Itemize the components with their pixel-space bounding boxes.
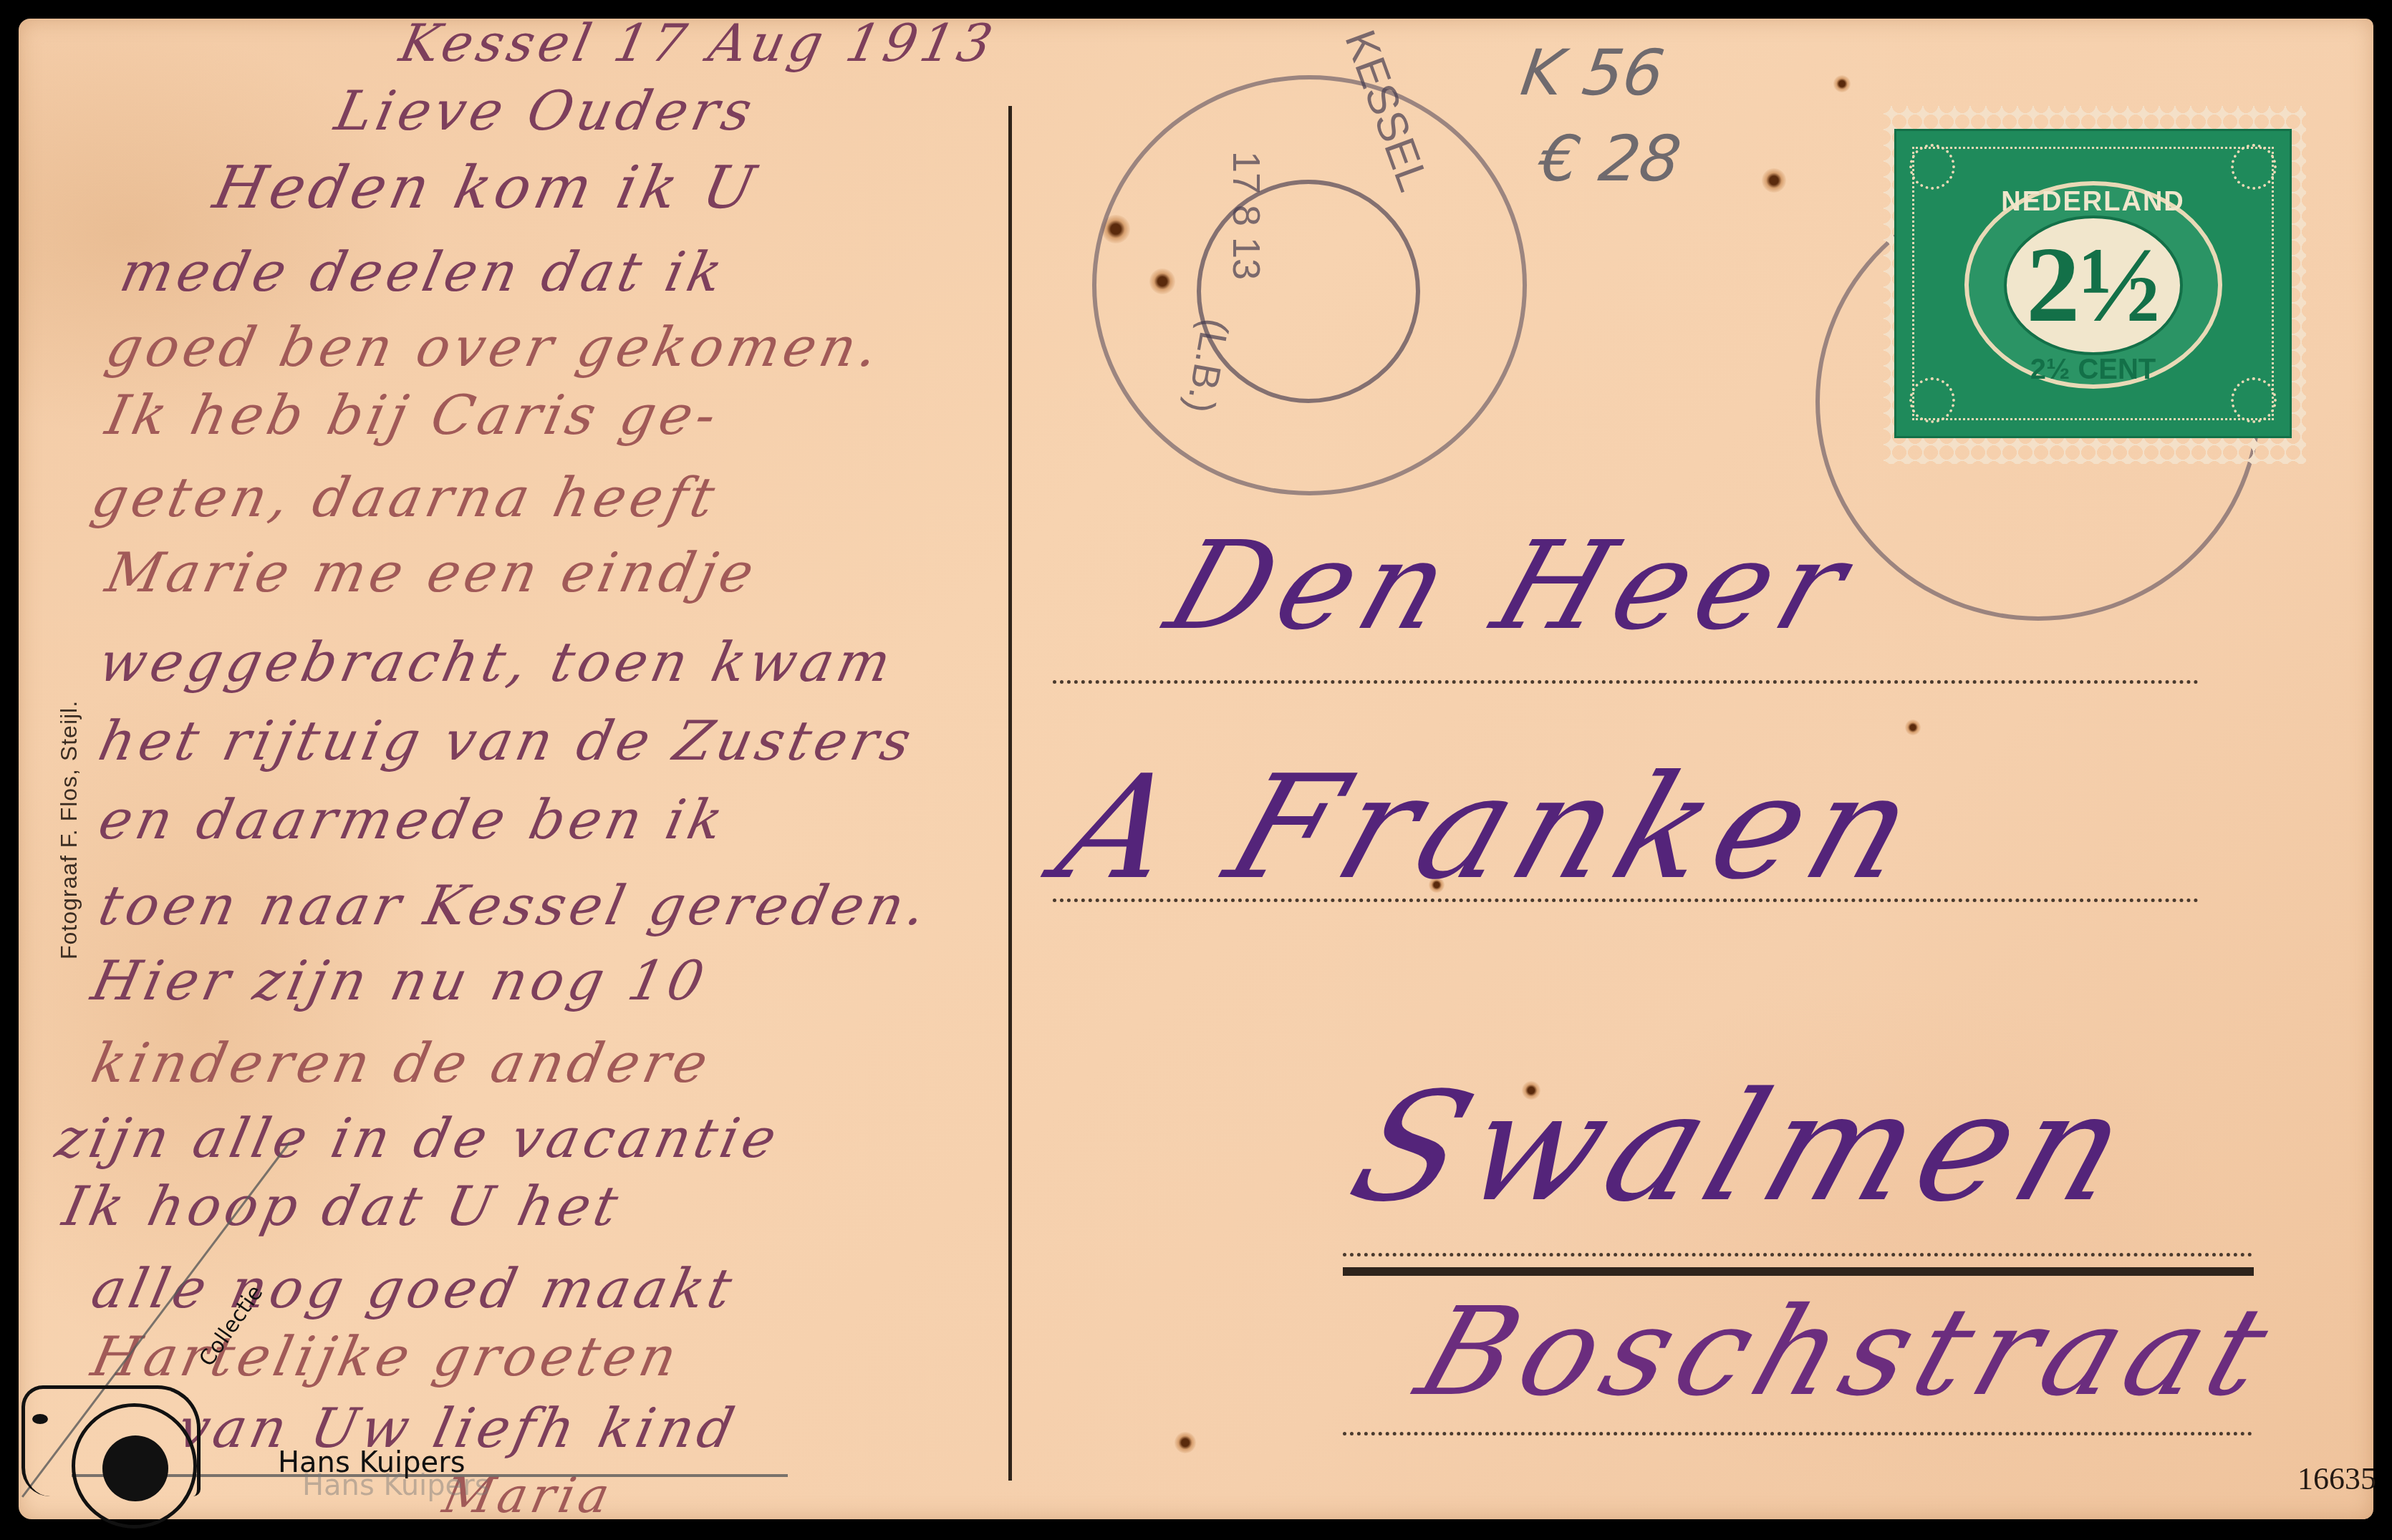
letter-line: het rijtuig van de Zusters xyxy=(94,709,921,773)
letter-dateline: Kessel 17 Aug 1913 xyxy=(395,13,1002,73)
age-spot xyxy=(1762,168,1786,193)
letter-line: Ik hoop dat U het xyxy=(58,1174,628,1238)
postage-stamp: NEDERLAND 2½ 2½ CENT xyxy=(1894,129,2292,438)
address-street: Boschstraat xyxy=(1402,1282,2294,1423)
address-underline xyxy=(1343,1267,2254,1276)
letter-line: geten, daarna heeft xyxy=(87,465,725,529)
camera-lens-icon xyxy=(102,1435,168,1501)
letter-line: Marie me een eindje xyxy=(101,541,764,604)
stamp-country: NEDERLAND xyxy=(1896,187,2290,218)
age-spot xyxy=(1905,720,1921,735)
address-dotted-line xyxy=(1343,1432,2252,1435)
camera-viewfinder-icon xyxy=(32,1414,48,1424)
stamp-value-text: 2½ CENT xyxy=(1896,354,2290,386)
letter-line: Hier zijn nu nog 10 xyxy=(87,949,714,1012)
postmark-kessel xyxy=(1092,75,1527,495)
letter-line: toen naar Kessel gereden. xyxy=(94,873,936,937)
letter-line: en daarmede ben ik xyxy=(94,788,733,851)
letter-salutation: Lieve Ouders xyxy=(330,79,762,142)
card-divider xyxy=(1008,106,1012,1481)
age-spot xyxy=(1833,75,1851,92)
letter-line: Hartelijke groeten xyxy=(87,1325,687,1388)
age-spot xyxy=(1175,1432,1196,1453)
letter-line: goed ben over gekomen. xyxy=(101,315,889,379)
watermark-name-shadow: Hans Kuipers xyxy=(302,1469,489,1502)
address-dotted-line xyxy=(1053,680,2199,684)
address-dotted-line xyxy=(1053,899,2199,902)
letter-line: weggebracht, toen kwam xyxy=(94,630,901,694)
letter-line: zijn alle in de vacantie xyxy=(51,1106,786,1170)
pencil-note: € 28 xyxy=(1535,122,1685,195)
letter-line: Heden kom ik U xyxy=(208,154,765,222)
address-name: A Franken xyxy=(1040,745,1943,911)
card-number: 16635 xyxy=(2297,1461,2376,1497)
letter-line: mede deelen dat ik xyxy=(115,240,733,304)
address-city: Swalmen xyxy=(1332,1060,2157,1235)
postmark-date: 17 8 13 xyxy=(1224,151,1268,280)
letter-line: kinderen de andere xyxy=(87,1031,718,1095)
letter-line: Ik heb bij Caris ge- xyxy=(101,383,726,447)
address-dotted-line xyxy=(1343,1253,2252,1256)
stamp-denomination: 2½ xyxy=(2018,215,2169,355)
publisher-imprint: Fotograaf F. Flos, Steijl. xyxy=(56,700,82,959)
letter-line: alle nog goed maakt xyxy=(87,1256,742,1320)
pencil-note: K 56 xyxy=(1517,36,1669,110)
address-salutation: Den Heer xyxy=(1152,515,1873,657)
